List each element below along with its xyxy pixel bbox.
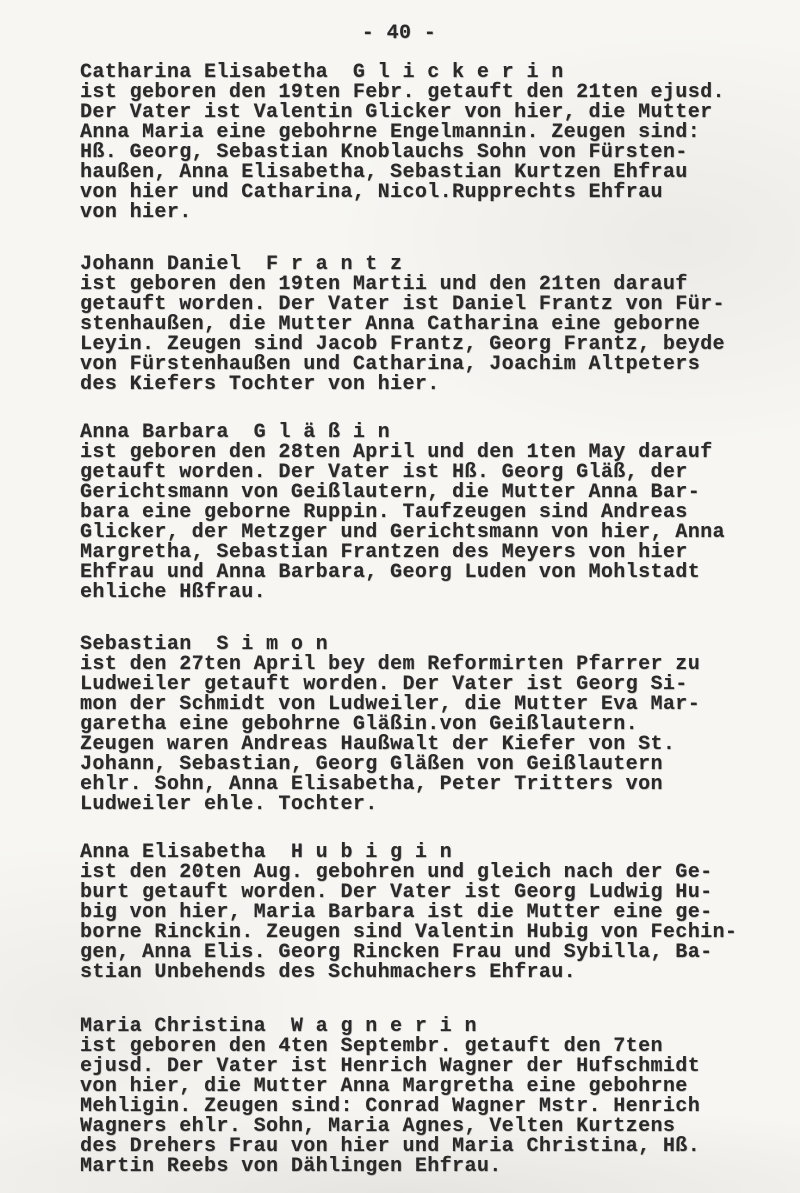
baptism-entry-frantz: Johann Daniel F r a n t z ist geboren de… [80,255,742,395]
entry-body: ist den 27ten April bey dem Reformirten … [80,655,742,815]
baptism-entry-glickerin: Catharina Elisabetha G l i c k e r i n i… [80,63,742,223]
entry-name: Anna Elisabetha H u b i g i n [80,843,742,863]
page-number: - 40 - [80,24,718,44]
baptism-entry-simon: Sebastian S i m o n ist den 27ten April … [80,635,742,815]
entry-body: ist geboren den 19ten Martii und den 21t… [80,275,742,395]
baptism-entry-glaessin: Anna Barbara G l ä ß i n ist geboren den… [80,423,742,603]
entry-name: Maria Christina W a g n e r i n [80,1017,742,1037]
entry-name: Anna Barbara G l ä ß i n [80,423,742,443]
page-content: - 40 - Catharina Elisabetha G l i c k e … [0,0,800,1177]
baptism-entry-hubigin: Anna Elisabetha H u b i g i n ist den 20… [80,843,742,983]
entry-name: Catharina Elisabetha G l i c k e r i n [80,63,742,83]
entry-body: ist geboren den 4ten Septembr. getauft d… [80,1037,742,1177]
document-page: - 40 - Catharina Elisabetha G l i c k e … [0,0,800,1193]
entry-body: ist den 20ten Aug. gebohren und gleich n… [80,863,742,983]
entry-body: ist geboren den 19ten Febr. getauft den … [80,83,742,223]
baptism-entry-wagnerin: Maria Christina W a g n e r i n ist gebo… [80,1017,742,1177]
entry-name: Johann Daniel F r a n t z [80,255,742,275]
entry-body: ist geboren den 28ten April und den 1ten… [80,443,742,603]
entry-name: Sebastian S i m o n [80,635,742,655]
